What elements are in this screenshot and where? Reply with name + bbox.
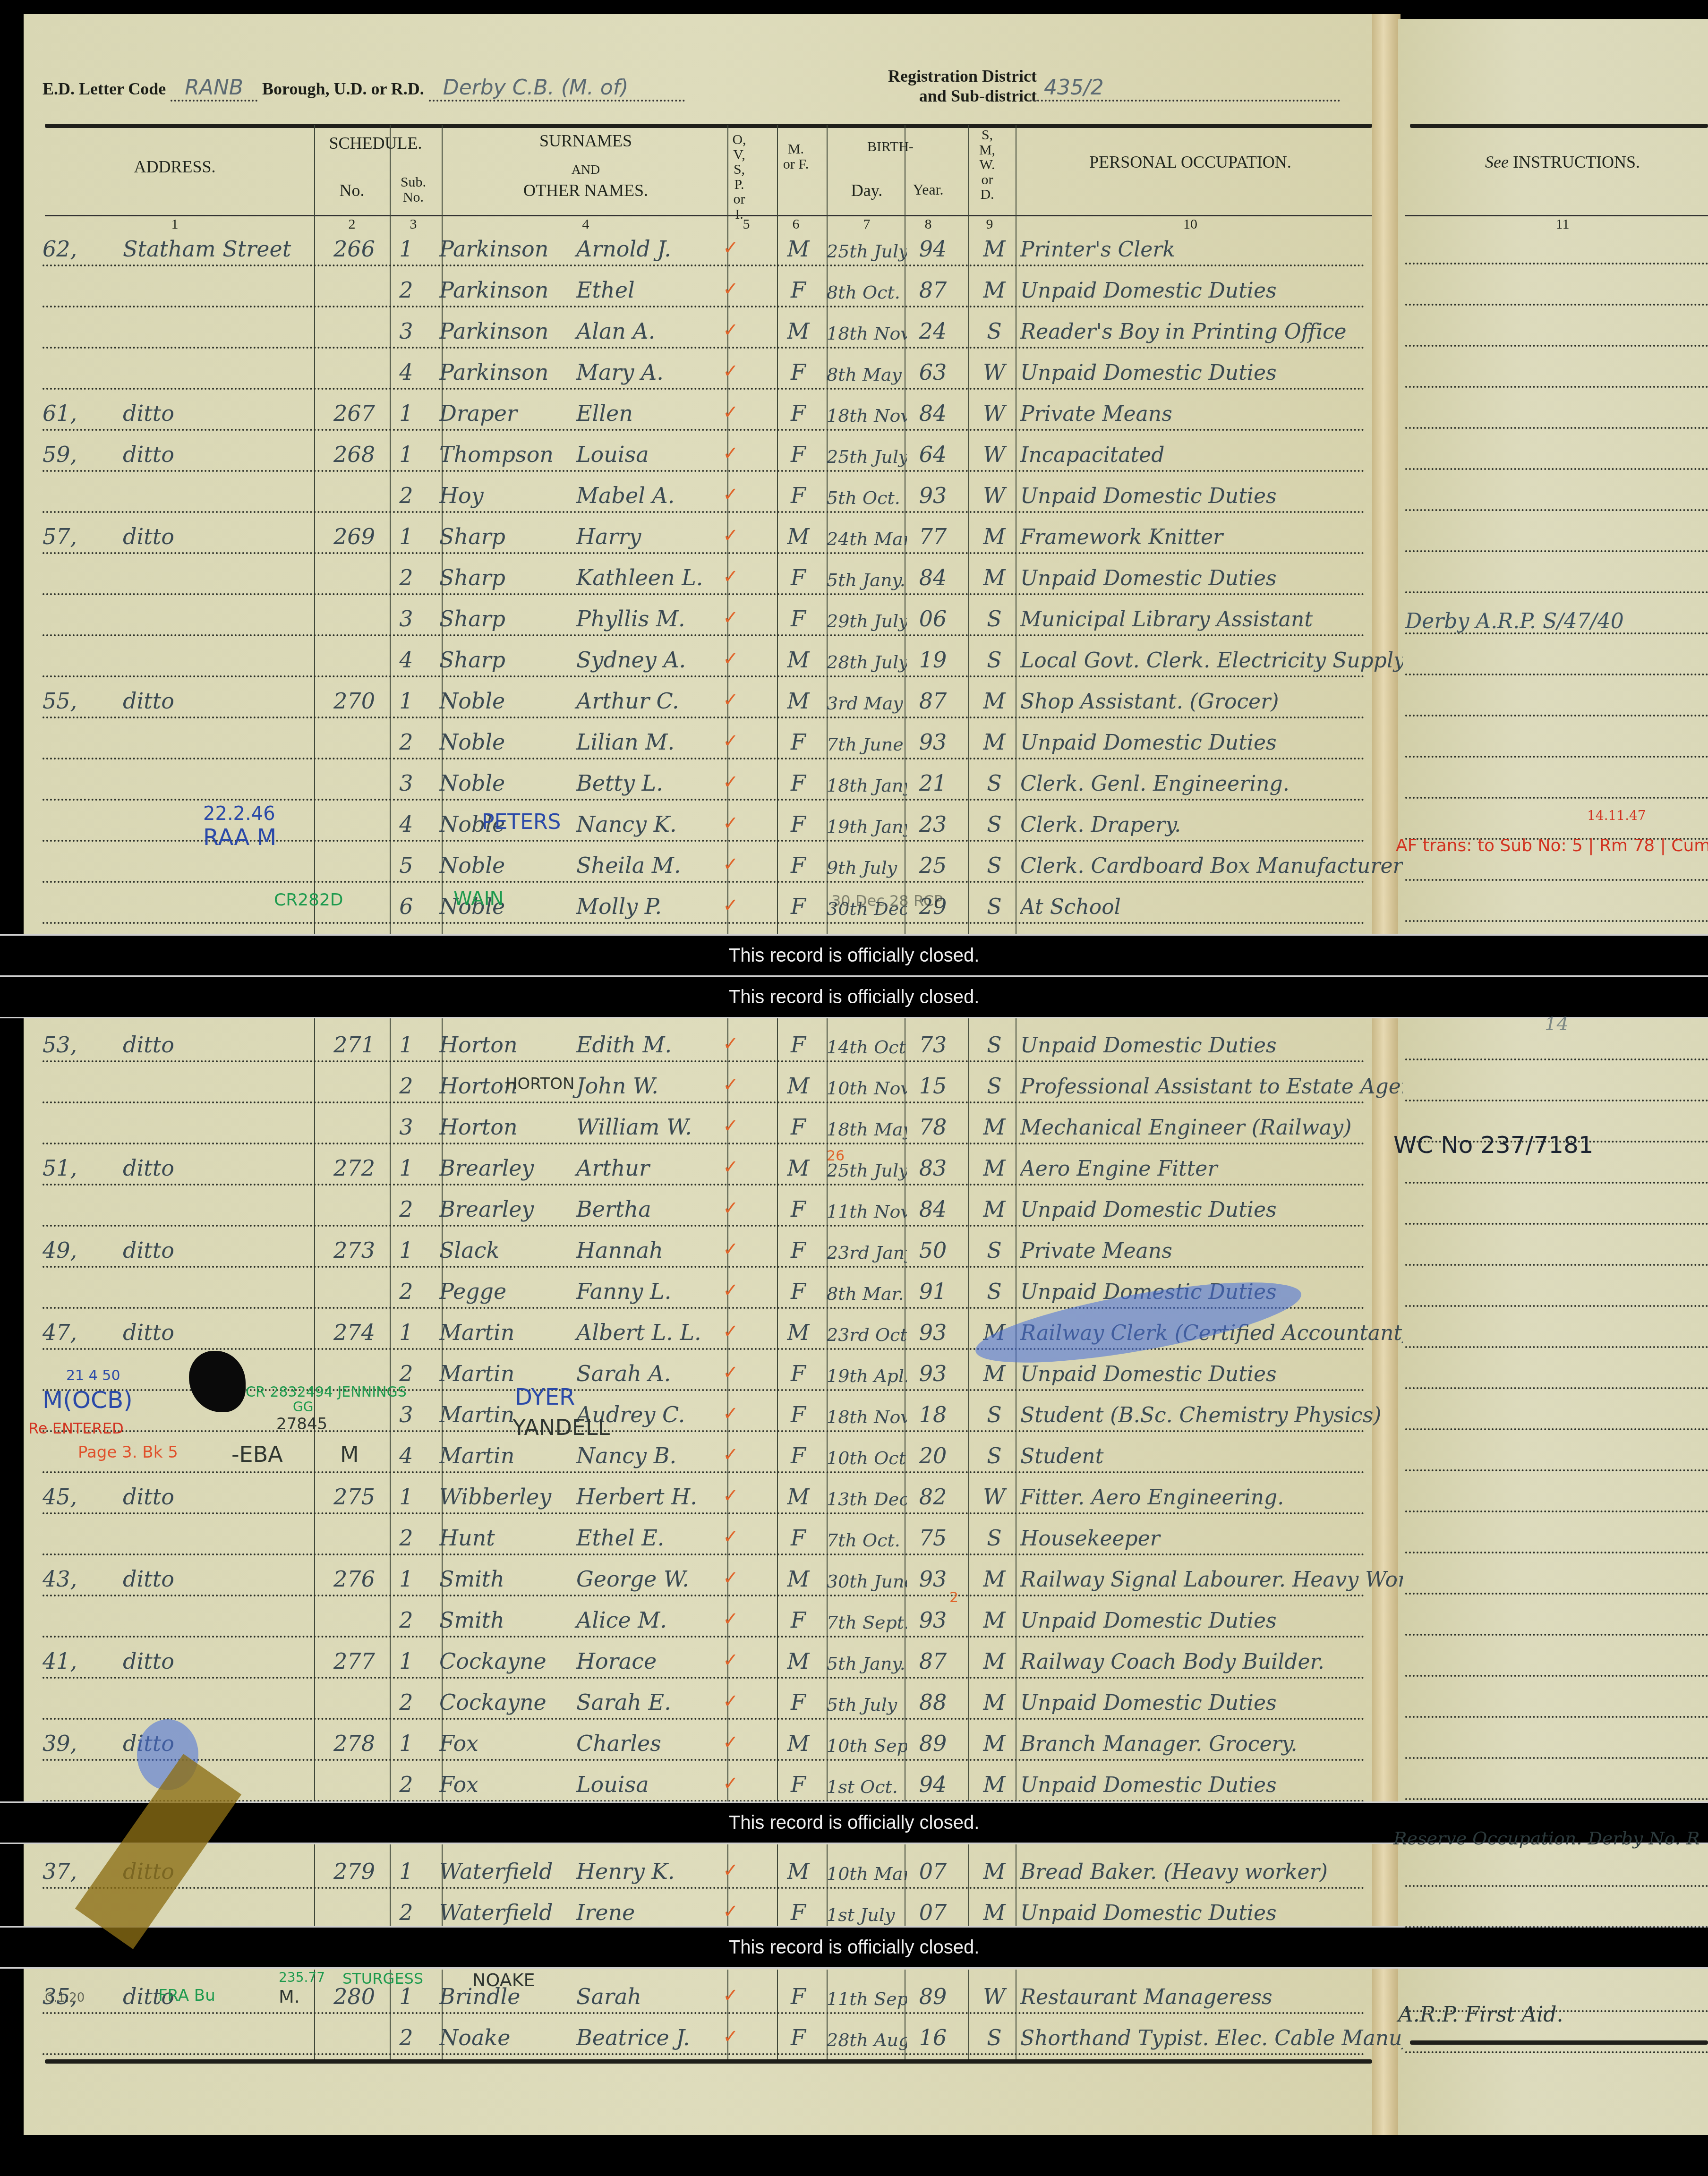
ed-letter-code-label: E.D. Letter Code [43,79,166,99]
ruled-line [1405,1345,1708,1348]
schedule-sub-number: 2 [390,277,423,303]
schedule-sub-number: 1 [390,401,423,426]
marital-status-cell: M [978,1772,1011,1797]
sex-cell: F [779,2025,817,2050]
forenames: Henry K. [576,1859,675,1884]
schedule-sub-number: 2 [390,1279,423,1304]
address-cell [43,1114,307,1140]
af-transfer-note: AF trans: to Sub No: 5 | Rm 78 | Cumm [1396,836,1708,855]
birth-day-cell: 14th Oct. [827,1037,907,1058]
sex-cell: F [779,729,817,755]
address-cell: 61,ditto [43,401,307,426]
col-occupation-heading: PERSONAL OCCUPATION. [1020,154,1360,171]
occupation-cell: At School [1020,895,1403,919]
schedule-number: 267 [326,401,383,426]
col-sex-heading: M. or F. [782,142,810,171]
schedule-number: 274 [326,1320,383,1345]
census-record-row: 3ParkinsonAlan A.✓M18th Nov.24SReader's … [43,304,1365,349]
occupation-cell: Unpaid Domestic Duties [1020,361,1403,385]
house-number: 47, [43,1320,123,1345]
ruled-line [1405,590,1708,593]
birth-year-cell: 16 [912,2025,954,2050]
eba-m-annotation: M [340,1442,359,1467]
occupation-cell: Branch Manager. Grocery. [1020,1732,1403,1756]
ruled-line [1405,1925,1708,1928]
forenames: Sarah [576,1984,641,2009]
birth-day-cell: 19th Apl. [827,1365,907,1386]
schedule-sub-number: 4 [390,359,423,385]
birth-year-cell: 07 [912,1859,954,1884]
surname: Horton [439,1032,576,1058]
address-cell [43,853,307,878]
ruled-line [1405,1181,1708,1184]
dyer-annotation: DYER [515,1384,575,1410]
census-record-row: 3NobleBetty L.✓F18th Jany.21SClerk. Genl… [43,756,1365,801]
forenames: Louisa [576,1772,649,1797]
occupation-cell: Railway Coach Body Builder. [1020,1650,1403,1674]
occupation-cell: Private Means [1020,1239,1403,1263]
registration-district-label: Registration District [888,66,1037,86]
forenames: Mabel A. [576,483,675,508]
schedule-sub-number: 2 [390,729,423,755]
birth-year-cell: 73 [912,1032,954,1058]
birth-day-cell: 18th May [827,1119,907,1140]
sex-cell: M [779,1320,817,1345]
surname: Thompson [439,442,576,467]
rcp-annotation: 30 Dec 28 RCP [831,892,943,910]
checkmark-icon: ✓ [723,1772,739,1794]
surname: Pegge [439,1279,576,1304]
schedule-sub-number: 3 [390,1114,423,1140]
birth-day-cell: 1st July [827,1904,907,1925]
marital-status-cell: W [978,359,1011,385]
schedule-sub-number: 1 [390,1984,423,2009]
birth-day-cell: 28th Aug. [827,2030,907,2050]
name-cell: MartinSarah A. [439,1361,742,1386]
marital-status-cell: M [978,277,1011,303]
sex-cell: F [779,1690,817,1715]
marital-status-cell: M [978,1859,1011,1884]
birth-day-cell: 29th July [827,611,907,631]
forenames: Fanny L. [576,1279,671,1304]
closed-record-text: This record is officially closed. [729,945,980,966]
closed-record-text: This record is officially closed. [729,1812,980,1834]
occupation-cell: Housekeeper [1020,1527,1403,1551]
name-cell: MartinNancy B. [439,1443,742,1468]
occupation-cell: Unpaid Domestic Duties [1020,1773,1403,1797]
forenames: Phyllis M. [576,606,685,631]
registration-district-block: Registration District and Sub-district [888,66,1037,106]
schedule-number: 275 [326,1484,383,1510]
marital-status-cell: S [978,811,1011,837]
marital-status-cell: W [978,1984,1011,2009]
birth-day-cell: 18th Nov. [827,1407,907,1427]
address-cell: 53,ditto [43,1032,307,1058]
birth-day-cell: 7th Oct. [827,1530,907,1551]
marital-status-cell: S [978,1279,1011,1304]
surname: Martin [439,1361,576,1386]
schedule-sub-number: 1 [390,1859,423,1884]
schedule-sub-number: 2 [390,565,423,590]
marital-status-cell: M [978,1361,1011,1386]
col-other-names-heading: OTHER NAMES. [444,182,727,200]
checkmark-icon: ✓ [723,565,739,588]
checkmark-icon: ✓ [723,812,739,834]
occupation-cell: Local Govt. Clerk. Electricity Supply. [1020,649,1403,673]
surname: Smith [439,1566,576,1592]
address-cell [43,606,307,631]
col-sub-no-heading: Sub. No. [392,175,435,205]
address-cell [43,1279,307,1304]
surname: Slack [439,1237,576,1263]
sex-cell: M [779,1484,817,1510]
checkmark-icon: ✓ [723,853,739,875]
marital-status-cell: S [978,894,1011,919]
sex-cell: M [779,1155,817,1181]
name-cell: HortonJohn W. [439,1073,742,1099]
marital-status-cell: M [978,1731,1011,1756]
schedule-sub-number: 5 [390,853,423,878]
forenames: Sarah E. [576,1690,671,1715]
schedule-sub-number: 1 [390,1155,423,1181]
street-name: ditto [123,401,174,426]
checkmark-icon: ✓ [723,319,739,341]
occupation-cell: Framework Knitter [1020,525,1403,549]
occupation-cell: Unpaid Domestic Duties [1020,1198,1403,1222]
forenames: Betty L. [576,770,663,796]
col-birth-heading: BIRTH- [831,139,949,154]
occupation-cell: Unpaid Domestic Duties [1020,1609,1403,1633]
birth-day-cell: 3rd May [827,693,907,714]
street-name: ditto [123,1237,174,1263]
address-cell: 41,ditto [43,1648,307,1674]
house-number: 62, [43,236,123,262]
census-record-row: 51,ditto2721BrearleyArthur✓M25th July83M… [43,1141,1365,1186]
num-27845-annotation: 27845 [276,1415,327,1434]
marital-status-cell: M [978,1196,1011,1222]
name-cell: CockayneSarah E. [439,1690,742,1715]
borough-label: Borough, U.D. or R.D. [262,79,424,99]
address-cell [43,729,307,755]
schedule-number: 270 [326,688,383,714]
house-number: 57, [43,524,123,549]
occupation-cell: Student [1020,1444,1403,1468]
sex-cell: M [779,524,817,549]
address-cell [43,894,307,919]
schedule-sub-number: 2 [390,1690,423,1715]
surname: Cockayne [439,1690,576,1715]
checkmark-icon: ✓ [723,1156,739,1178]
occupation-cell: Restaurant Manageress [1020,1985,1403,2009]
census-record-row: 2WaterfieldIrene✓F1st July07MUnpaid Dome… [43,1886,1365,1930]
forenames: Louisa [576,442,649,467]
ruled-line [1405,1756,1708,1759]
census-record-row: 3HortonWilliam W.✓F18th May78MMechanical… [43,1100,1365,1144]
name-cell: SharpKathleen L. [439,565,742,590]
forenames: Arthur [576,1155,649,1181]
ruled-line [1405,1551,1708,1553]
census-record-row: 2SmithAlice M.✓F7th Sept.93MUnpaid Domes… [43,1593,1365,1638]
address-cell: 43,ditto [43,1566,307,1592]
forenames: Herbert H. [576,1484,697,1510]
house-number: 51, [43,1155,123,1181]
census-record-row: 2ParkinsonEthel✓F8th Oct.87MUnpaid Domes… [43,263,1365,307]
address-cell: 51,ditto [43,1155,307,1181]
checkmark-icon: ✓ [723,1033,739,1055]
sex-cell: F [779,606,817,631]
birth-day-cell: 24th Mar. [827,529,907,549]
house-number: 49, [43,1237,123,1263]
forenames: John W. [576,1073,658,1099]
ruled-line [1405,796,1708,799]
col-and-heading: AND [444,163,727,177]
surname: Fox [439,1731,576,1756]
street-name: ditto [123,688,174,714]
census-record-row: 55,ditto2701NobleArthur C.✓M3rd May87MSh… [43,674,1365,718]
address-cell [43,483,307,508]
schedule-sub-number: 2 [390,1196,423,1222]
forenames: Mary A. [576,359,664,385]
birth-correction-annotation: 26 [827,1148,845,1164]
name-cell: ParkinsonEthel [439,277,742,303]
birth-day-cell: 23rd Oct. [827,1324,907,1345]
cr2820-annotation: CR282D [274,890,343,910]
noake-annotation: NOAKE [472,1970,535,1990]
ruled-line [1405,1592,1708,1595]
header-rule [45,124,1372,128]
sex-cell: F [779,442,817,467]
schedule-sub-number: 2 [390,1073,423,1099]
marital-status-cell: M [978,688,1011,714]
checkmark-icon: ✓ [723,1238,739,1260]
census-record-row: 4ParkinsonMary A.✓F8th May63WUnpaid Dome… [43,345,1365,390]
name-cell: PeggeFanny L. [439,1279,742,1304]
header-rule-right [1410,124,1708,128]
surname: Noble [439,853,576,878]
marital-status-cell: S [978,1032,1011,1058]
address-cell [43,1073,307,1099]
marital-status-cell: M [978,1155,1011,1181]
checkmark-icon: ✓ [723,1567,739,1589]
checkmark-icon: ✓ [723,1361,739,1383]
name-cell: SmithAlice M. [439,1607,742,1633]
name-cell: HortonEdith M. [439,1032,742,1058]
checkmark-icon: ✓ [723,1900,739,1922]
occupation-cell: Unpaid Domestic Duties [1020,484,1403,508]
birth-day-cell: 30th June [827,1571,907,1592]
forenames: Arnold J. [576,236,671,262]
schedule-sub-number: 1 [390,1484,423,1510]
birth-year-cell: 88 [912,1690,954,1715]
birth-year-cell: 87 [912,688,954,714]
census-record-row: 3SharpPhyllis M.✓F29th July06SMunicipal … [43,592,1365,636]
census-record-row: 6NobleMolly P.✓F30th Dec.29SAt School [43,879,1365,924]
census-record-row: 2SharpKathleen L.✓F5th Jany.84MUnpaid Do… [43,551,1365,595]
schedule-sub-number: 1 [390,688,423,714]
birth-year-cell: 94 [912,1772,954,1797]
occupation-cell: Reader's Boy in Printing Office [1020,320,1403,344]
birth-day-cell: 10th Mar. [827,1863,907,1884]
occupation-cell: Shop Assistant. (Grocer) [1020,690,1403,714]
surname: Sharp [439,565,576,590]
address-cell [43,1525,307,1551]
ruled-line [1405,467,1708,470]
birth-year-cell: 64 [912,442,954,467]
sex-cell: M [779,1648,817,1674]
sex-cell: M [779,318,817,344]
street-name: ditto [123,1648,174,1674]
occupation-cell: Unpaid Domestic Duties [1020,566,1403,590]
marital-status-cell: M [978,236,1011,262]
census-record-row: 2BrearleyBertha✓F11th Nov.84MUnpaid Dome… [43,1182,1365,1227]
closed-record-bar: This record is officially closed. [0,1926,1708,1969]
birth-day-cell: 25th July [827,241,907,262]
page-bottom-rule [45,2059,1372,2064]
surname: Brearley [439,1196,576,1222]
schedule-sub-number: 1 [390,1032,423,1058]
name-cell: BrearleyArthur [439,1155,742,1181]
name-cell: MartinAlbert L. L. [439,1320,742,1345]
name-cell: NobleArthur C. [439,688,742,714]
sub-district-label: and Sub-district [919,86,1037,106]
birth-day-cell: 11th Nov. [827,1201,907,1222]
sex-cell: F [779,1237,817,1263]
surname: Sharp [439,524,576,549]
schedule-sub-number: 2 [390,1900,423,1925]
fra-annotation: FRA Bu [158,1986,215,2005]
checkmark-icon: ✓ [723,1731,739,1753]
occupation-cell: Shorthand Typist. Elec. Cable Manufactur… [1020,2026,1403,2050]
birth-year-cell: 82 [912,1484,954,1510]
birth-day-cell: 5th Oct. [827,487,907,508]
census-record-row: 49,ditto2731SlackHannah✓F23rd Jany.50SPr… [43,1223,1365,1268]
house-number: 61, [43,401,123,426]
surname: Parkinson [439,277,576,303]
sex-cell: F [779,359,817,385]
occupation-cell: Unpaid Domestic Duties [1020,1362,1403,1386]
sex-cell: F [779,483,817,508]
sex-cell: F [779,894,817,919]
ruled-line [1405,755,1708,758]
occupation-cell: Clerk. Cardboard Box Manufacturer [1020,854,1403,878]
ruled-line [1405,1099,1708,1101]
ruled-line [1405,508,1708,511]
birth-day-cell: 18th Nov. [827,323,907,344]
ruled-line [1405,1222,1708,1225]
name-cell: ParkinsonMary A. [439,359,742,385]
sex-cell: F [779,1525,817,1551]
birth-year-cell: 89 [912,1984,954,2009]
birth-day-cell: 5th July [827,1694,907,1715]
address-cell [43,318,307,344]
forenames: Molly P. [576,894,662,919]
census-record-row: 57,ditto2691SharpHarry✓M24th Mar.77MFram… [43,510,1365,554]
street-name: ditto [123,524,174,549]
birth-year-cell: 93 [912,1607,954,1633]
col11-count-note: 14 [1545,1013,1569,1035]
wc-number-note: WC No 237/7181 [1393,1131,1594,1159]
house-number: 39, [43,1731,123,1756]
birth-day-cell: 9th July [827,857,907,878]
sex-cell: M [779,1731,817,1756]
birth-year-cell: 93 [912,729,954,755]
occupation-cell: Bread Baker. (Heavy worker) [1020,1860,1403,1884]
birth-day-cell: 18th Jany. [827,775,907,796]
address-cell [43,647,307,673]
marital-status-cell: M [978,1566,1011,1592]
occupation-cell: Clerk. Genl. Engineering. [1020,772,1403,796]
census-record-row: 59,ditto2681ThompsonLouisa✓F25th July64W… [43,427,1365,472]
checkmark-icon: ✓ [723,689,739,711]
forenames: Beatrice J. [576,2025,690,2050]
census-record-row: 53,ditto2711HortonEdith M.✓F14th Oct.73S… [43,1018,1365,1062]
address-cell: 59,ditto [43,442,307,467]
street-name: ditto [123,1320,174,1345]
address-cell: 49,ditto [43,1237,307,1263]
schedule-number: 280 [326,1984,383,2009]
address-cell: 45,ditto [43,1484,307,1510]
ruled-line [1405,262,1708,265]
forenames: Arthur C. [576,688,679,714]
ruled-line [1405,878,1708,881]
census-record-row: 2FoxLouisa✓F1st Oct.94MUnpaid Domestic D… [43,1758,1365,1802]
schedule-sub-number: 3 [390,318,423,344]
name-cell: HoyMabel A. [439,483,742,508]
checkmark-icon: ✓ [723,442,739,464]
sex-cell: F [779,1196,817,1222]
marital-status-cell: M [978,524,1011,549]
forenames: Edith M. [576,1032,672,1058]
sex-cell: F [779,770,817,796]
m-ocb-annotation: M(OCB) [43,1386,133,1414]
sex-cell: F [779,1607,817,1633]
checkmark-icon: ✓ [723,237,739,259]
birth-year-cell: 20 [912,1443,954,1468]
schedule-number: 276 [326,1566,383,1592]
sex-cell: F [779,1443,817,1468]
birth-day-cell: 11th Sept. [827,1988,907,2009]
census-record-row: 2HoyMabel A.✓F5th Oct.93WUnpaid Domestic… [43,469,1365,513]
surname: Draper [439,401,576,426]
checkmark-icon: ✓ [723,1526,739,1548]
forenames: Alice M. [576,1607,667,1633]
name-cell: NobleBetty L. [439,770,742,796]
birth-year-cell: 94 [912,236,954,262]
surname: Parkinson [439,359,576,385]
birth-day-cell: 5th Jany. [827,1653,907,1674]
occupation-cell: Unpaid Domestic Duties [1020,1033,1403,1058]
registration-district-value-wrap: 435/2 [1030,76,1340,102]
forenames: Ellen [576,401,633,426]
surname: Smith [439,1607,576,1633]
sex-cell: F [779,1361,817,1386]
cr-jennings-annotation: CR 2832494 JENNINGS [246,1384,407,1400]
census-record-row: 2HortonJohn W.✓M10th Nov.15SProfessional… [43,1059,1365,1103]
derby-arp-note: Derby A.R.P. S/47/40 [1405,609,1624,633]
birth-year-cell: 89 [912,1731,954,1756]
schedule-sub-number: 2 [390,483,423,508]
occupation-cell: Incapacitated [1020,443,1403,467]
col-ovspi-heading: O, V, S, P. or I. [730,132,749,222]
occupation-cell: Aero Engine Fitter [1020,1157,1403,1181]
checkmark-icon: ✓ [723,1443,739,1466]
sex-cell: F [779,811,817,837]
house-number: 45, [43,1484,123,1510]
name-cell: HortonWilliam W. [439,1114,742,1140]
col-surnames-heading: SURNAMES [444,132,727,150]
ruled-line [1405,1674,1708,1677]
census-record-row: 41,ditto2771CockayneHorace✓M5th Jany.87M… [43,1634,1365,1679]
